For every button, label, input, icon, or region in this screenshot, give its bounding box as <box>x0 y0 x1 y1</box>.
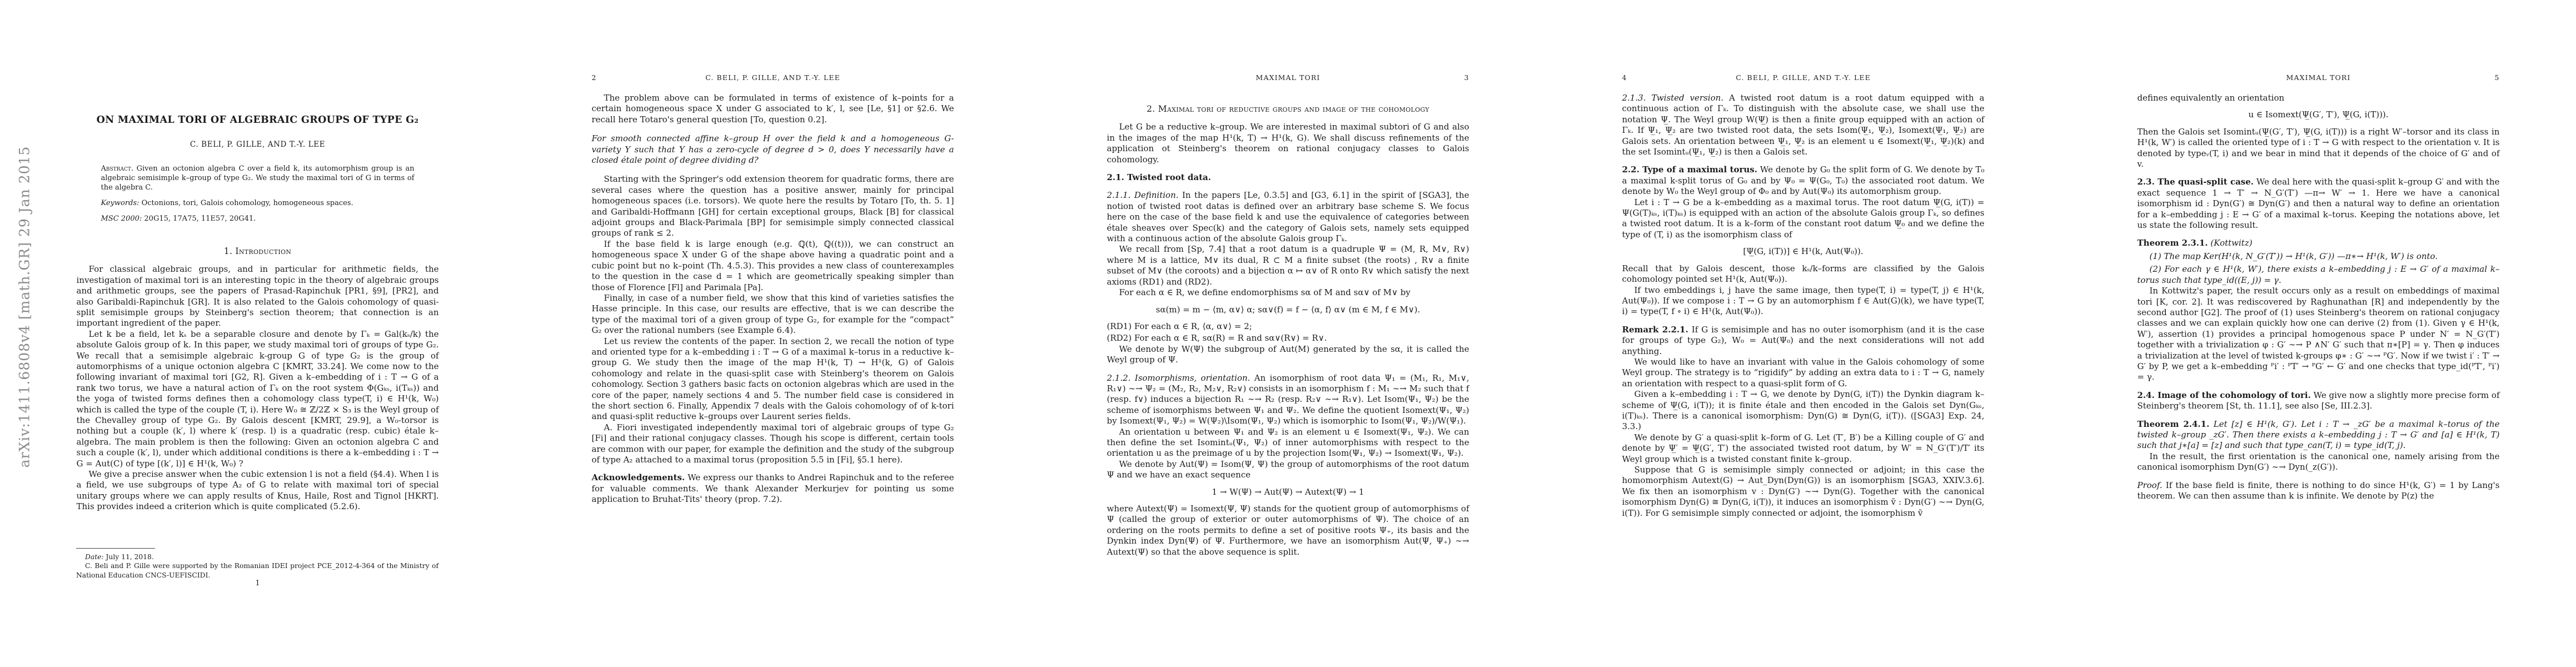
display-formula: [Ψ̲(G, i(T))] ∈ H¹(k, Aut(Ψ₀)). <box>1622 246 1985 257</box>
paragraph: We denote by Aut(Ψ) = Isom(Ψ, Ψ) the gro… <box>1107 459 1469 481</box>
display-formula: 1 → W(Ψ) → Aut(Ψ) → Autext(Ψ) → 1 <box>1107 487 1469 497</box>
lead-label: Proof. <box>2137 480 2163 490</box>
display-formula: sα(m) = m − ⟨m, α∨⟩ α; sα∨(f) = f − ⟨α, … <box>1107 305 1469 315</box>
paragraph: Given a k–embedding i : T → G, we denote… <box>1622 389 1985 432</box>
footnote-date-line: Date: July 11, 2018. <box>76 552 439 561</box>
paragraph: We give a precise answer when the cubic … <box>77 469 439 512</box>
paragraph: Let i : T → G be a k–embedding as a maxi… <box>1622 197 1985 241</box>
lead-label: Remark 2.2.1. <box>1622 325 1688 335</box>
lead-label: Keywords: <box>101 199 139 207</box>
subsection-paragraph: 2.2. Type of a maximal torus. We denote … <box>1622 165 1985 197</box>
theorem-item: (2) For each γ ∈ H¹(k, W′), there exists… <box>2137 264 2500 286</box>
paper-authors: C. BELI, P. GILLE, AND T.-Y. LEE <box>77 140 439 150</box>
paragraph: In Kottwitz's paper, the result occurs o… <box>2137 286 2500 383</box>
page-5-body: defines equivalently an orientationu ∈ I… <box>2137 93 2500 501</box>
paragraph: A. Fiori investigated independently maxi… <box>592 422 954 466</box>
document-canvas: arXiv:1411.6808v4 [math.GR] 29 Jan 2015 … <box>0 0 2576 667</box>
subsection-paragraph: 2.4. Image of the cohomology of tori. We… <box>2137 390 2500 412</box>
page-4: 4 C. BELI, P. GILLE, AND T.-Y. LEE 2.1.3… <box>1546 0 2061 667</box>
paragraph: Then the Galois set Isomintᵤ(Ψ̲(G′, T′),… <box>2137 127 2500 170</box>
paragraph: We would like to have an invariant with … <box>1622 357 1985 389</box>
paper-meta-line: MSC 2000: 20G15, 17A75, 11E57, 20G41. <box>101 215 415 224</box>
header-running-title: MAXIMAL TORI <box>2156 73 2481 82</box>
block-text: If the base field is finite, there is no… <box>2137 480 2500 501</box>
lead-label: 2.1. Twisted root data. <box>1107 172 1211 182</box>
paragraph: If the base field k is large enough (e.g… <box>592 239 954 293</box>
page-4-body: 2.1.3. Twisted version. A twisted root d… <box>1622 93 1985 519</box>
paragraph: Suppose that G is semisimple simply conn… <box>1622 465 1985 519</box>
block-text: 20G15, 17A75, 11E57, 20G41. <box>144 215 256 223</box>
paragraph: We denote by G′ a quasi-split k–form of … <box>1622 432 1985 465</box>
running-header: 2 C. BELI, P. GILLE, AND T.-Y. LEE <box>592 73 954 82</box>
page-2: 2 C. BELI, P. GILLE, AND T.-Y. LEE The p… <box>515 0 1030 667</box>
axiom-item: (RD1) For each α ∈ R, ⟨α, α∨⟩ = 2; <box>1107 321 1469 332</box>
lead-label: Theorem 2.3.1. <box>2137 238 2208 248</box>
paper-abstract: Abstract. Given an octonion algebra C ov… <box>101 165 415 193</box>
running-header: MAXIMAL TORI 5 <box>2137 73 2500 82</box>
paragraph: Starting with the Springer's odd extensi… <box>592 174 954 238</box>
page-3: MAXIMAL TORI 3 2. Maximal tori of reduct… <box>1030 0 1546 667</box>
lead-label: 2.1.2. Isomorphisms, orientation. <box>1107 373 1250 383</box>
runin-paragraph: 2.1.1. Definition. In the papers [Le, 0.… <box>1107 190 1469 244</box>
runin-paragraph: 2.1.2. Isomorphisms, orientation. An iso… <box>1107 373 1469 427</box>
header-page-number: 5 <box>2481 73 2500 82</box>
header-page-number: 4 <box>1622 73 1641 82</box>
lead-label: Abstract. <box>101 165 133 173</box>
paragraph: If two embeddings i, j have the same ima… <box>1622 285 1985 317</box>
header-running-title: C. BELI, P. GILLE, AND T.-Y. LEE <box>1641 73 1966 82</box>
page-3-body: 2. Maximal tori of reductive groups and … <box>1107 104 1469 558</box>
footnote-date-label: Date: <box>85 553 104 561</box>
paragraph: defines equivalently an orientation <box>2137 93 2500 103</box>
paragraph: Let G be a reductive k–group. We are int… <box>1107 122 1469 165</box>
paragraph: For each α ∈ R, we define endomorphisms … <box>1107 287 1469 298</box>
subsection-paragraph: Acknowledgements. We express our thanks … <box>592 472 954 505</box>
page-2-body: The problem above can be formulated in t… <box>592 93 954 505</box>
axiom-item: (RD2) For each α ∈ R, sα(R) = R and sα∨(… <box>1107 333 1469 344</box>
header-running-title: C. BELI, P. GILLE, AND T.-Y. LEE <box>611 73 935 82</box>
block-text: Given an octonion algebra C over a field… <box>101 165 415 192</box>
block-text: Octonions, tori, Galois cohomology, homo… <box>142 199 353 207</box>
quote-block: For smooth connected affine k–group H ov… <box>592 133 954 166</box>
paragraph: For classical algebraic groups, and in p… <box>77 264 439 328</box>
lead-label: 2.3. The quasi-split case. <box>2137 177 2254 187</box>
lead-label: Theorem 2.4.1. <box>2137 419 2210 429</box>
theorem: Theorem 2.4.1. Let [z] ∈ H¹(k, G′). Let … <box>2137 419 2500 451</box>
lead-label: 2.1.1. Definition. <box>1107 190 1179 200</box>
section-heading: 1. Introduction <box>77 246 439 257</box>
paragraph: The problem above can be formulated in t… <box>592 93 954 125</box>
header-page-number: 3 <box>1451 73 1469 82</box>
page-1: ON MAXIMAL TORI OF ALGEBRAIC GROUPS OF T… <box>0 0 515 667</box>
subsection-paragraph: Remark 2.2.1. If G is semisimple and has… <box>1622 325 1985 357</box>
runin-paragraph: 2.1.3. Twisted version. A twisted root d… <box>1622 93 1985 157</box>
theorem-item: (1) The map Ker(H¹(k, N_G′(T′)) → H¹(k, … <box>2137 251 2500 262</box>
paragraph: We recall from [Sp, 7.4] that a root dat… <box>1107 244 1469 287</box>
theorem: Theorem 2.3.1. (Kottwitz) <box>2137 238 2500 248</box>
paragraph: Recall that by Galois descent, those kₛ/… <box>1622 263 1985 285</box>
footnote: Date: July 11, 2018. C. Beli and P. Gill… <box>76 548 439 580</box>
lead-label: MSC 2000: <box>101 215 142 223</box>
paper-title: ON MAXIMAL TORI OF ALGEBRAIC GROUPS OF T… <box>77 114 439 127</box>
footnote-date-text: July 11, 2018. <box>106 553 153 561</box>
paper-meta-line: Keywords: Octonions, tori, Galois cohomo… <box>101 199 415 208</box>
header-running-title: MAXIMAL TORI <box>1126 73 1451 82</box>
footnote-support-line: C. Beli and P. Gille were supported by t… <box>76 561 439 580</box>
subsection-paragraph: 2.3. The quasi-split case. We deal here … <box>2137 177 2500 231</box>
subsection-paragraph: 2.1. Twisted root data. <box>1107 172 1469 183</box>
paragraph: Finally, in case of a number field, we s… <box>592 293 954 336</box>
running-header: 4 C. BELI, P. GILLE, AND T.-Y. LEE <box>1622 73 1985 82</box>
runin-paragraph: Proof. If the base field is finite, ther… <box>2137 480 2500 502</box>
paragraph: We denote by W(Ψ) the subgroup of Aut(M)… <box>1107 344 1469 366</box>
lead-label: Acknowledgements. <box>592 472 685 482</box>
page-strip: ON MAXIMAL TORI OF ALGEBRAIC GROUPS OF T… <box>0 0 2576 667</box>
running-header: MAXIMAL TORI 3 <box>1107 73 1469 82</box>
footnote-rule <box>76 548 155 549</box>
block-text: (Kottwitz) <box>2210 238 2252 248</box>
header-page-number: 2 <box>592 73 611 82</box>
section-heading: 2. Maximal tori of reductive groups and … <box>1107 104 1469 115</box>
page-number: 1 <box>0 579 515 588</box>
paragraph: where Autext(Ψ) = Isomext(Ψ, Ψ) stands f… <box>1107 504 1469 558</box>
paragraph: Let k be a field, let kₛ be a separable … <box>77 329 439 469</box>
lead-label: 2.2. Type of a maximal torus. <box>1622 165 1757 175</box>
lead-label: 2.1.3. Twisted version. <box>1622 93 1724 103</box>
display-formula: u ∈ Isomext(Ψ̲(G′, T′), Ψ̲(G, i(T))). <box>2137 109 2500 120</box>
page-1-body: ON MAXIMAL TORI OF ALGEBRAIC GROUPS OF T… <box>77 114 439 512</box>
lead-label: 2.4. Image of the cohomology of tori. <box>2137 390 2311 400</box>
paragraph: Let us review the contents of the paper.… <box>592 336 954 422</box>
paragraph: An orientation u between Ψ₁ and Ψ₂ is an… <box>1107 427 1469 459</box>
paragraph: In the result, the first orientation is … <box>2137 451 2500 473</box>
page-5: MAXIMAL TORI 5 defines equivalently an o… <box>2061 0 2576 667</box>
